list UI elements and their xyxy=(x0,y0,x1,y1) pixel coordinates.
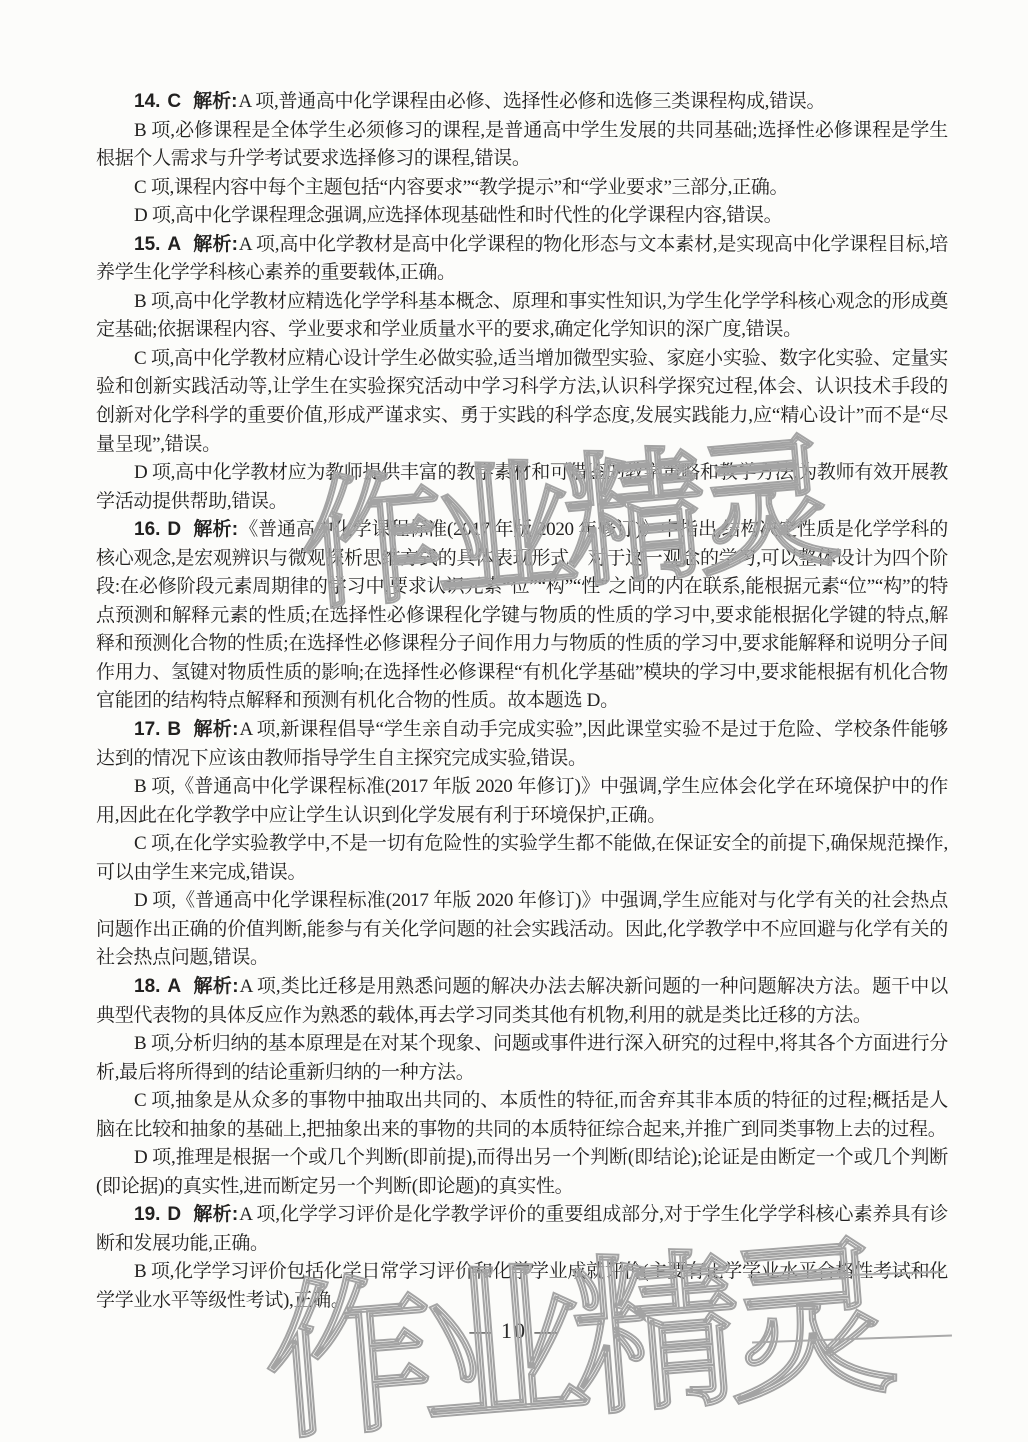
solution-item-16: 16.D解析:《普通高中化学课程标准(2017 年版 2020 年修订)》中指出… xyxy=(96,516,948,716)
solution-item-19: 19.D解析:A 项,化学学习评价是化学教学评价的重要组成部分,对于学生化学学科… xyxy=(96,1201,948,1315)
answer-letter: C xyxy=(167,91,181,112)
solution-item-18: 18.A解析:A 项,类比迁移是用熟悉问题的解决办法去解决新问题的一种问题解决方… xyxy=(96,973,948,1201)
solution-first-paragraph: 14.C解析:A 项,普通高中化学课程由必修、选择性必修和选修三类课程构成,错误… xyxy=(96,88,948,117)
solutions-text-block: 14.C解析:A 项,普通高中化学课程由必修、选择性必修和选修三类课程构成,错误… xyxy=(96,88,948,1316)
solution-first-paragraph: 15.A解析:A 项,高中化学教材是高中化学课程的物化形态与文本素材,是实现高中… xyxy=(96,231,948,288)
analysis-label: 解析: xyxy=(193,519,238,540)
answer-letter: A xyxy=(167,976,181,997)
analysis-label: 解析: xyxy=(193,1204,238,1225)
solution-item-15: 15.A解析:A 项,高中化学教材是高中化学课程的物化形态与文本素材,是实现高中… xyxy=(96,231,948,516)
analysis-label: 解析: xyxy=(193,91,237,112)
solution-first-paragraph: 17.B解析:A 项,新课程倡导“学生亲自动手完成实验”,因此课堂实验不是过于危… xyxy=(96,716,948,773)
question-number: 19. xyxy=(134,1204,160,1225)
analysis-paragraph: C 项,抽象是从众多的事物中抽取出共同的、本质性的特征,而舍弃其非本质的特征的过… xyxy=(96,1087,948,1144)
question-number: 18. xyxy=(134,976,160,997)
analysis-paragraph: B 项,高中化学教材应精选化学学科基本概念、原理和事实性知识,为学生化学学科核心… xyxy=(96,288,948,345)
analysis-label: 解析: xyxy=(193,719,238,740)
solution-item-14: 14.C解析:A 项,普通高中化学课程由必修、选择性必修和选修三类课程构成,错误… xyxy=(96,88,948,231)
analysis-paragraph: D 项,推理是根据一个或几个判断(即前提),而得出另一个判断(即结论);论证是由… xyxy=(96,1144,948,1201)
analysis-paragraph: B 项,分析归纳的基本原理是在对某个现象、问题或事件进行深入研究的过程中,将其各… xyxy=(96,1030,948,1087)
solution-first-paragraph: 16.D解析:《普通高中化学课程标准(2017 年版 2020 年修订)》中指出… xyxy=(96,516,948,716)
solution-item-17: 17.B解析:A 项,新课程倡导“学生亲自动手完成实验”,因此课堂实验不是过于危… xyxy=(96,716,948,973)
question-number: 14. xyxy=(134,91,160,112)
solution-first-paragraph: 18.A解析:A 项,类比迁移是用熟悉问题的解决办法去解决新问题的一种问题解决方… xyxy=(96,973,948,1030)
analysis-label: 解析: xyxy=(193,234,238,255)
answer-letter: A xyxy=(167,234,181,255)
analysis-paragraph: C 项,课程内容中每个主题包括“内容要求”“教学提示”和“学业要求”三部分,正确… xyxy=(96,174,948,203)
question-number: 16. xyxy=(134,519,160,540)
analysis-paragraph: B 项,化学学习评价包括化学日常学习评价和化学学业成就评价(主要有化学学业水平合… xyxy=(96,1258,948,1315)
scanned-answer-page: 14.C解析:A 项,普通高中化学课程由必修、选择性必修和选修三类课程构成,错误… xyxy=(0,0,1028,1442)
analysis-paragraph: C 项,在化学实验教学中,不是一切有危险性的实验学生都不能做,在保证安全的前提下… xyxy=(96,830,948,887)
analysis-paragraph: D 项,《普通高中化学课程标准(2017 年版 2020 年修订)》中强调,学生… xyxy=(96,887,948,973)
analysis-paragraph: B 项,必修课程是全体学生必须修习的课程,是普通高中学生发展的共同基础;选择性必… xyxy=(96,117,948,174)
analysis-paragraph: B 项,《普通高中化学课程标准(2017 年版 2020 年修订)》中强调,学生… xyxy=(96,773,948,830)
analysis-paragraph: D 项,高中化学课程理念强调,应选择体现基础性和时代性的化学课程内容,错误。 xyxy=(96,202,948,231)
analysis-text: A 项,普通高中化学课程由必修、选择性必修和选修三类课程构成,错误。 xyxy=(238,91,825,112)
answer-letter: D xyxy=(167,519,181,540)
question-number: 17. xyxy=(134,719,160,740)
answer-letter: B xyxy=(167,719,181,740)
question-number: 15. xyxy=(134,234,160,255)
solution-first-paragraph: 19.D解析:A 项,化学学习评价是化学教学评价的重要组成部分,对于学生化学学科… xyxy=(96,1201,948,1258)
analysis-paragraph: D 项,高中化学教材应为教师提供丰富的教学素材和可借鉴的教学策略和教学方法,为教… xyxy=(96,459,948,516)
analysis-paragraph: C 项,高中化学教材应精心设计学生必做实验,适当增加微型实验、家庭小实验、数字化… xyxy=(96,345,948,459)
analysis-label: 解析: xyxy=(193,976,238,997)
analysis-text: 《普通高中化学课程标准(2017 年版 2020 年修订)》中指出,结构决定性质… xyxy=(96,519,948,711)
answer-letter: D xyxy=(167,1204,181,1225)
page-number: — 10 — xyxy=(0,1318,1028,1344)
